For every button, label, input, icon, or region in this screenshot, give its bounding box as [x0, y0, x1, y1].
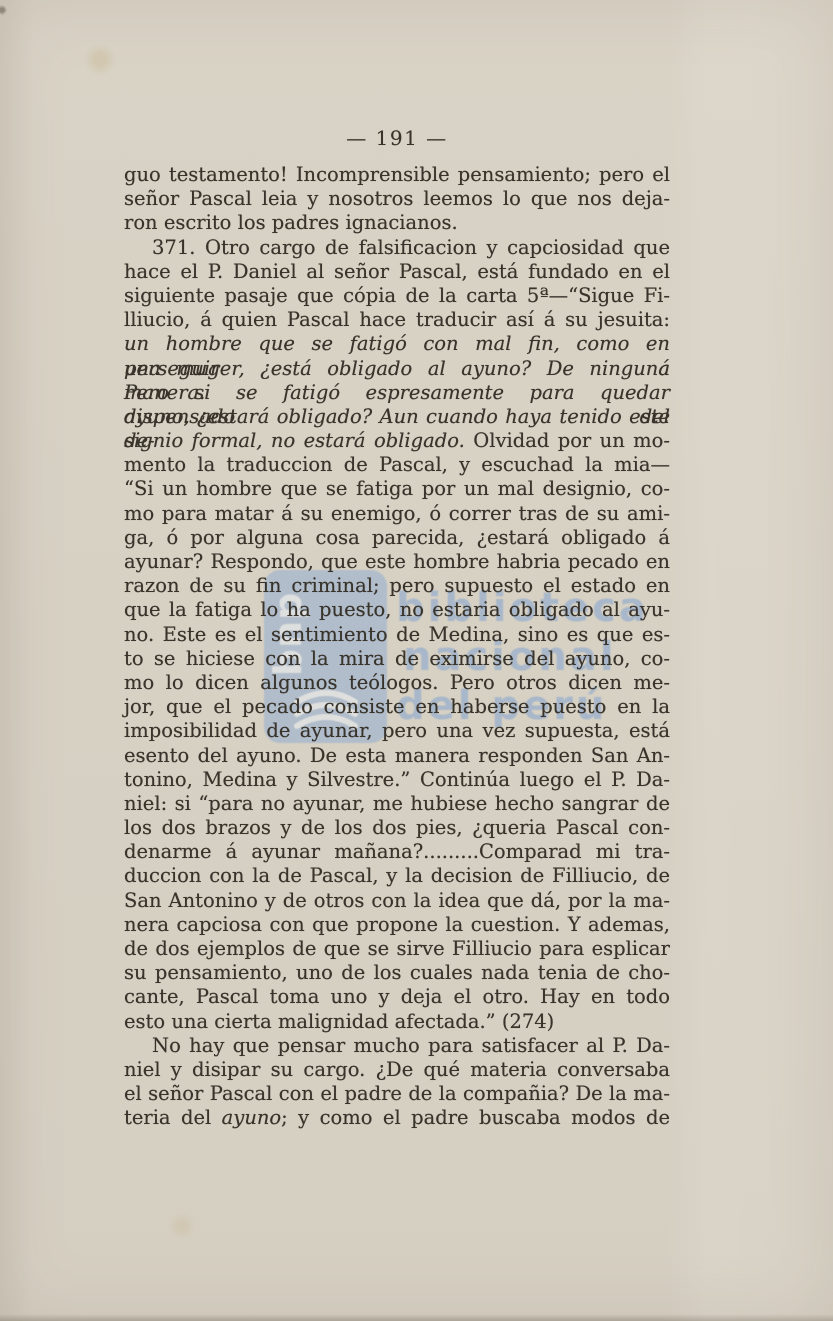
text-segment: ayunar? Respondo, que este hombre habria…: [124, 550, 670, 573]
text-segment: no. Este es el sentimiento de Medina, si…: [124, 623, 670, 646]
text-segment: imposibilidad de ayunar, pero una vez su…: [124, 719, 670, 742]
text-line: San Antonino y de otros con la idea que …: [124, 889, 670, 913]
text-line: nera capciosa con que propone la cuestio…: [124, 913, 670, 937]
text-line: hace el P. Daniel al señor Pascal, está …: [124, 260, 670, 284]
text-line: un hombre que se fatigó con mal fin, com…: [124, 332, 670, 356]
text-line: lliucio, á quien Pascal hace traducir as…: [124, 308, 670, 332]
text-segment: duccion con la de Pascal, y la decision …: [124, 864, 670, 887]
text-line: jor, que el pecado consiste en haberse p…: [124, 695, 670, 719]
text-line: imposibilidad de ayunar, pero una vez su…: [124, 719, 670, 743]
text-segment: ; y como el padre buscaba modos de: [281, 1106, 670, 1129]
text-line: to se hiciese con la mira de eximirse de…: [124, 647, 670, 671]
text-segment: San Antonino y de otros con la idea que …: [124, 889, 670, 912]
text-line: los dos brazos y de los dos pies, ¿queri…: [124, 816, 670, 840]
text-line: esento del ayuno. De esta manera respond…: [124, 744, 670, 768]
text-segment: siguiente pasaje que cópia de la carta 5…: [124, 284, 670, 307]
text-line: No hay que pensar mucho para satisfacer …: [124, 1034, 670, 1058]
text-line: duccion con la de Pascal, y la decision …: [124, 864, 670, 888]
text-segment: guo testamento! Incomprensible pensamien…: [124, 163, 670, 186]
text-segment: de dos ejemplos de que se sirve Filliuci…: [124, 937, 670, 960]
text-line: mo para matar á su enemigo, ó correr tra…: [124, 502, 670, 526]
text-segment: ga, ó por alguna cosa parecida, ¿estará …: [124, 526, 670, 549]
text-segment: razon de su fin criminal; pero supuesto …: [124, 574, 670, 597]
text-line: razon de su fin criminal; pero supuesto …: [124, 574, 670, 598]
text-segment: tonino, Medina y Silvestre.” Continúa lu…: [124, 768, 670, 791]
scanned-book-page: { "page": { "number_heading": "— 191 —",…: [0, 0, 833, 1321]
text-segment: jor, que el pecado consiste en haberse p…: [124, 695, 670, 718]
text-segment: to se hiciese con la mira de eximirse de…: [124, 647, 670, 670]
book-page: bnp biblioteca nacional del perú — 191 —…: [0, 0, 833, 1321]
text-segment: denarme á ayunar mañana?.........Compara…: [124, 840, 670, 863]
text-block: guo testamento! Incomprensible pensamien…: [124, 163, 670, 1131]
text-line: guo testamento! Incomprensible pensamien…: [124, 163, 670, 187]
text-segment: niel y disipar su cargo. ¿De qué materia…: [124, 1058, 670, 1081]
text-line: niel: si “para no ayunar, me hubiese hec…: [124, 792, 670, 816]
text-segment: lliucio, á quien Pascal hace traducir as…: [124, 308, 670, 331]
text-line: esto una cierta malignidad afectada.” (2…: [124, 1010, 670, 1034]
text-line: siguiente pasaje que cópia de la carta 5…: [124, 284, 670, 308]
text-segment: No hay que pensar mucho para satisfacer …: [152, 1034, 670, 1057]
text-segment: ron escrito los padres ignacianos.: [124, 211, 458, 234]
text-line: 371. Otro cargo de falsificacion y capci…: [124, 236, 670, 260]
text-segment: cante, Pascal toma uno y deja el otro. H…: [124, 985, 670, 1008]
page-number: — 191 —: [124, 126, 670, 150]
text-line: su pensamiento, uno de los cuales nada t…: [124, 961, 670, 985]
text-segment: los dos brazos y de los dos pies, ¿queri…: [124, 816, 670, 839]
text-segment: teria del: [124, 1106, 222, 1129]
text-line: cante, Pascal toma uno y deja el otro. H…: [124, 985, 670, 1009]
text-segment: signio formal, no estará obligado.: [124, 429, 465, 452]
text-line: mento la traduccion de Pascal, y escucha…: [124, 453, 670, 477]
text-line: “Si un hombre que se fatiga por un mal d…: [124, 477, 670, 501]
text-line: ayuno, ¿estará obligado? Aun cuando haya…: [124, 405, 670, 429]
text-segment: señor Pascal leia y nosotros leemos lo q…: [124, 187, 670, 210]
text-segment: mento la traduccion de Pascal, y escucha…: [124, 453, 670, 476]
text-segment: “Si un hombre que se fatiga por un mal d…: [124, 477, 670, 500]
text-line: niel y disipar su cargo. ¿De qué materia…: [124, 1058, 670, 1082]
text-line: de dos ejemplos de que se sirve Filliuci…: [124, 937, 670, 961]
text-line: teria del ayuno; y como el padre buscaba…: [124, 1106, 670, 1130]
text-segment: el señor Pascal con el padre de la compa…: [124, 1082, 670, 1105]
text-segment: mo para matar á su enemigo, ó correr tra…: [124, 502, 670, 525]
text-segment: esto una cierta malignidad afectada.” (2…: [124, 1010, 554, 1033]
text-line: ayunar? Respondo, que este hombre habria…: [124, 550, 670, 574]
text-segment: su pensamiento, uno de los cuales nada t…: [124, 961, 670, 984]
text-line: una muger, ¿está obligado al ayuno? De n…: [124, 357, 670, 381]
text-segment: hace el P. Daniel al señor Pascal, está …: [124, 260, 670, 283]
text-line: mo lo dicen algunos teólogos. Pero otros…: [124, 671, 670, 695]
text-line: signio formal, no estará obligado. Olvid…: [124, 429, 670, 453]
text-segment: niel: si “para no ayunar, me hubiese hec…: [124, 792, 670, 815]
text-line: Pero si se fatigó espresamente para qued…: [124, 381, 670, 405]
text-segment: esento del ayuno. De esta manera respond…: [124, 744, 670, 767]
text-segment: Olvidad por un mo-: [465, 429, 670, 452]
text-line: denarme á ayunar mañana?.........Compara…: [124, 840, 670, 864]
text-line: que la fatiga lo ha puesto, no estaria o…: [124, 598, 670, 622]
text-segment: mo lo dicen algunos teólogos. Pero otros…: [124, 671, 670, 694]
text-line: el señor Pascal con el padre de la compa…: [124, 1082, 670, 1106]
text-line: no. Este es el sentimiento de Medina, si…: [124, 623, 670, 647]
text-line: ga, ó por alguna cosa parecida, ¿estará …: [124, 526, 670, 550]
text-segment: 371. Otro cargo de falsificacion y capci…: [152, 236, 670, 259]
text-segment: nera capciosa con que propone la cuestio…: [124, 913, 670, 936]
text-segment: que la fatiga lo ha puesto, no estaria o…: [124, 598, 670, 621]
text-line: señor Pascal leia y nosotros leemos lo q…: [124, 187, 670, 211]
text-line: ron escrito los padres ignacianos.: [124, 211, 670, 235]
text-segment: ayuno: [222, 1106, 282, 1129]
text-line: tonino, Medina y Silvestre.” Continúa lu…: [124, 768, 670, 792]
